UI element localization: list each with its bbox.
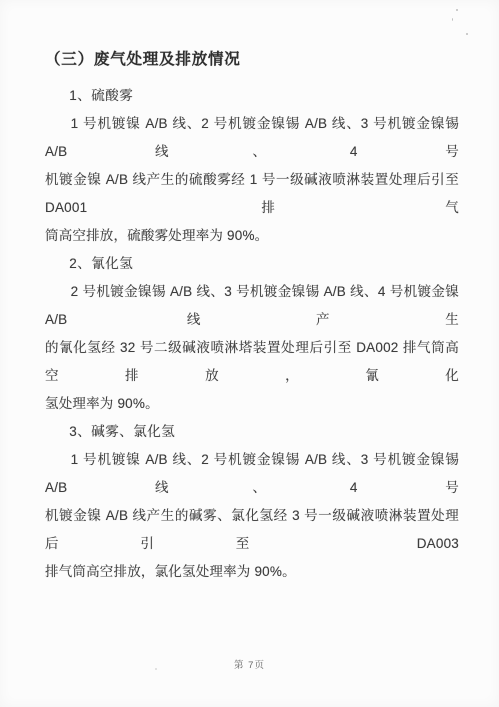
paragraph-line: 1 号机镀镍 A/B 线、2 号机镀金镍锡 A/B 线、3 号机镀金镍锡 A/B… <box>45 446 459 502</box>
scan-speck <box>155 668 157 670</box>
paragraph-line: 筒高空排放，硫酸雾处理率为 90%。 <box>45 222 459 250</box>
paragraph-line: 机镀金镍 A/B 线产生的碱雾、氯化氢经 3 号一级碱液喷淋装置处理后引至 DA… <box>45 502 459 558</box>
scan-speck <box>452 18 453 21</box>
scanned-document-page: （三）废气处理及排放情况 1、硫酸雾 1 号机镀镍 A/B 线、2 号机镀金镍锡… <box>0 0 499 707</box>
paragraph-line: 排气筒高空排放，氯化氢处理率为 90%。 <box>45 558 459 586</box>
paragraph-line: 氢处理率为 90%。 <box>45 390 459 418</box>
subsection-sulfuric-acid-mist: 1、硫酸雾 1 号机镀镍 A/B 线、2 号机镀金镍锡 A/B 线、3 号机镀金… <box>45 82 459 250</box>
paragraph-line: 1 号机镀镍 A/B 线、2 号机镀金镍锡 A/B 线、3 号机镀金镍锡 A/B… <box>45 110 459 166</box>
paragraph-line: 机镀金镍 A/B 线产生的硫酸雾经 1 号一级碱液喷淋装置处理后引至 DA001… <box>45 166 459 222</box>
scan-speck <box>456 9 458 11</box>
subsection-alkali-mist-hydrogen-chloride: 3、碱雾、氯化氢 1 号机镀镍 A/B 线、2 号机镀金镍锡 A/B 线、3 号… <box>45 418 459 586</box>
section-title: （三）废气处理及排放情况 <box>45 48 459 72</box>
document-content: （三）废气处理及排放情况 1、硫酸雾 1 号机镀镍 A/B 线、2 号机镀金镍锡… <box>45 48 459 586</box>
subsection-hydrogen-cyanide: 2、氰化氢 2 号机镀金镍锡 A/B 线、3 号机镀金镍锡 A/B 线、4 号机… <box>45 250 459 418</box>
subsection-heading: 1、硫酸雾 <box>45 82 459 110</box>
paragraph-line: 的氰化氢经 32 号二级碱液喷淋塔装置处理后引至 DA002 排气筒高空排放，氰… <box>45 334 459 390</box>
page-number: 第 7页 <box>0 657 499 671</box>
scan-speck <box>466 33 468 35</box>
paragraph-line: 2 号机镀金镍锡 A/B 线、3 号机镀金镍锡 A/B 线、4 号机镀金镍 A/… <box>45 278 459 334</box>
subsection-heading: 3、碱雾、氯化氢 <box>45 418 459 446</box>
subsection-heading: 2、氰化氢 <box>45 250 459 278</box>
